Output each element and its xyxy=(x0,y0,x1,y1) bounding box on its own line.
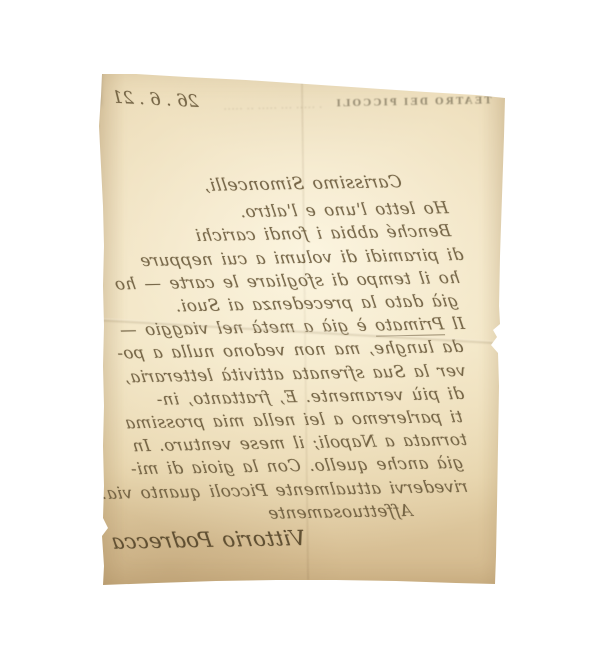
letter-paper: TEATRO DEI PICCOLI · ····· ··· ····· ·· … xyxy=(96,66,510,590)
torn-edge-shadow xyxy=(94,68,100,106)
letter-body: Carissimo Simoncelli, Ho letto l'uno e l… xyxy=(111,170,470,555)
closing-formula: Affettuosamente xyxy=(115,499,414,528)
handwritten-date: 26 . 6 . 21 xyxy=(111,88,198,112)
letter-content: TEATRO DEI PICCOLI · ····· ··· ····· ·· … xyxy=(97,68,509,588)
mirrored-content: TEATRO DEI PICCOLI · ····· ··· ····· ·· … xyxy=(96,66,510,590)
signature: Vittorio Podrecca . xyxy=(115,525,308,555)
photo-background: TEATRO DEI PICCOLI · ····· ··· ····· ·· … xyxy=(0,0,600,659)
salutation: Carissimo Simoncelli, xyxy=(108,171,403,200)
letterhead-address-illegible: · ····· ··· ····· ·· ····· xyxy=(222,104,321,114)
letterhead-text: TEATRO DEI PICCOLI xyxy=(334,94,492,109)
line-pre-text: Il xyxy=(442,314,465,333)
underlined-word: Primato xyxy=(373,315,445,337)
torn-edge-nick xyxy=(95,188,99,200)
line-post-text: è già a metà nel viaggio — xyxy=(118,316,376,340)
